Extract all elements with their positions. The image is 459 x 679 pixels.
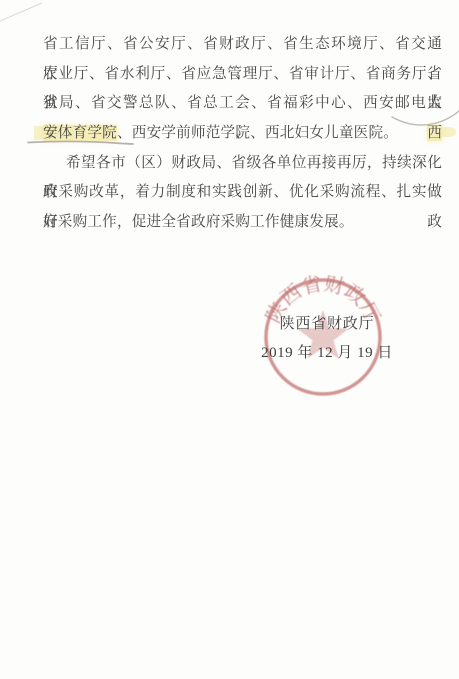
highlighted-text-xi: 西 [427,125,442,141]
official-seal: 陕西省财政厅 [258,274,390,406]
body-line-1: 省工信厅、省公安厅、省财政厅、省生态环境厅、省交通厅、省 [43,30,442,60]
body-line-4: 安体育学院、西安学前师范学院、西北妇女儿童医院。 [43,119,442,149]
signature-organization: 陕西省财政厅 [262,312,392,333]
body-line-7-text: 府采购工作，促进全省政府采购工作健康发展。 [43,214,354,230]
body-line-4-text: 、西安学前师范学院、西北妇女儿童医院。 [117,125,398,141]
document-body: 省工信厅、省公安厅、省财政厅、省生态环境厅、省交通厅、省 农业厅、省水利厅、省应… [43,30,442,238]
scanned-document-page: 陕西省财政厅 省工信厅、省公安厅、省财政厅、省生态环境厅、省交通厅、省 农业厅、… [0,0,459,679]
body-line-2: 农业厅、省水利厅、省应急管理厅、省审计厅、省商务厅、省监 [43,60,442,90]
body-line-6: 府采购改革，着力制度和实践创新、优化采购流程、扎实做好政 [43,178,442,208]
body-line-3: 狱局、省交警总队、省总工会、省福彩中心、西安邮电大学、西 [43,89,442,119]
body-line-5: 希望各市（区）财政局、省级各单位再接再厉，持续深化政 [43,149,442,179]
signature-date: 2019 年 12 月 19 日 [250,341,404,362]
highlighted-text-antiyuxueyuan: 安体育学院 [43,125,117,141]
scan-edge-artifact [0,3,42,21]
